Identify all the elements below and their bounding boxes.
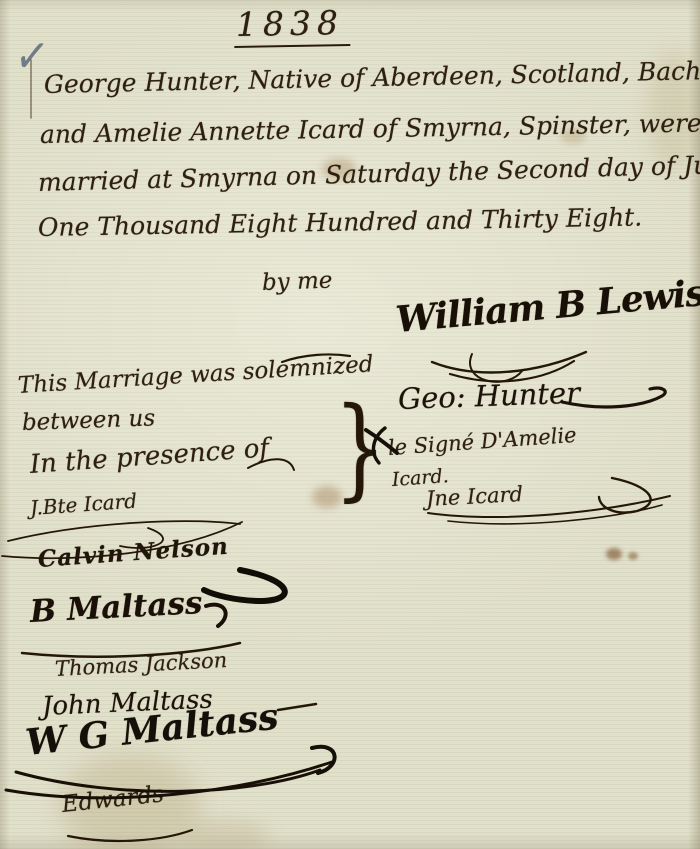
attestation-line-1: This Marriage was solemnized: [17, 352, 374, 399]
ink-spot: [606, 548, 622, 560]
entry-line-4: One Thousand Eight Hundred and Thirty Ei…: [38, 203, 643, 241]
groom-signature: Geo: Hunter: [397, 378, 580, 416]
bride-note-line-1: le Signé D'Amelie: [387, 424, 577, 460]
ink-spot: [628, 552, 638, 560]
attestation-line-2: between us: [22, 406, 156, 436]
officiant-signature: William B Lewis: [394, 274, 700, 340]
bride-signature: Jne Icard: [425, 483, 523, 511]
curly-brace: }: [334, 394, 386, 505]
witness-signature-jackson: Thomas Jackson: [54, 649, 227, 681]
witness-signature-nelson: Calvin Nelson: [37, 534, 229, 573]
entry-line-3: married at Smyrna on Saturday the Second…: [38, 151, 700, 197]
year-heading: 1838: [234, 5, 351, 48]
paper-stain: [180, 820, 270, 849]
witness-signature-icard: J.Bte Icard: [29, 490, 137, 519]
register-page: ✓ 1838 George Hunter, Native of Aberdeen…: [0, 0, 700, 849]
byline: by me: [262, 269, 333, 297]
witness-signature-bmaltass: B Maltass: [29, 586, 203, 629]
entry-line-1: George Hunter, Native of Aberdeen, Scotl…: [44, 56, 700, 98]
entry-line-2: and Amelie Annette Icard of Smyrna, Spin…: [40, 109, 700, 148]
attestation-line-3: In the presence of: [29, 434, 270, 479]
